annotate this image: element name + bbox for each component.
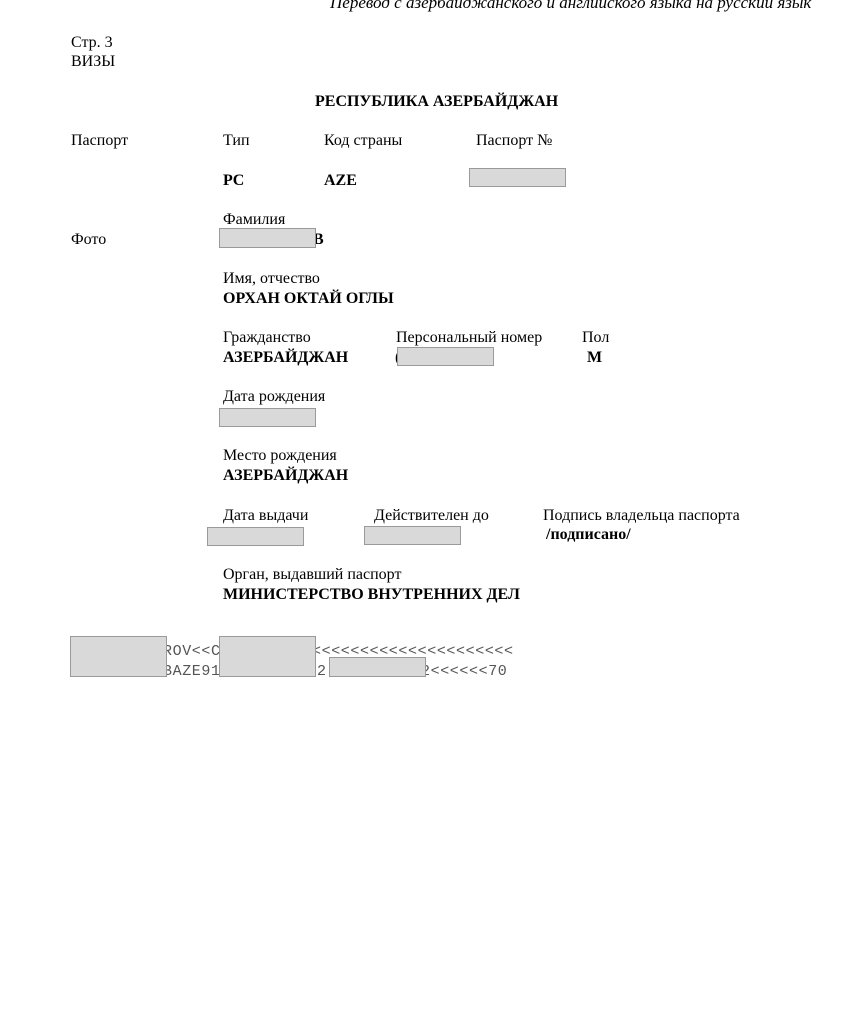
mrz-redaction-right	[329, 657, 426, 677]
issuing-authority-label: Орган, выдавший паспорт	[223, 566, 401, 584]
mrz-line2-part-c: 2<<<<<<70	[421, 663, 507, 681]
document-title: РЕСПУБЛИКА АЗЕРБАЙДЖАН	[315, 93, 558, 111]
page-label: Стр. 3	[71, 34, 113, 52]
sex-value: М	[587, 349, 602, 367]
citizenship-value: АЗЕРБАЙДЖАН	[223, 349, 348, 367]
sex-label: Пол	[582, 329, 609, 347]
personal-number-label: Персональный номер	[396, 329, 542, 347]
birth-date-label: Дата рождения	[223, 388, 325, 406]
surname-label: Фамилия	[223, 211, 285, 229]
type-value: PC	[223, 172, 244, 190]
given-names-value: ОРХАН ОКТАЙ ОГЛЫ	[223, 290, 394, 308]
surname-redaction	[219, 228, 316, 248]
country-code-label: Код страны	[324, 132, 402, 150]
holder-signature-value: /подписано/	[546, 526, 631, 544]
passport-number-redaction	[469, 168, 566, 187]
birth-place-label: Место рождения	[223, 447, 337, 465]
issue-date-redaction	[207, 527, 304, 546]
mrz-redaction-left	[70, 636, 167, 677]
translation-note: Перевод с азербайджанского и английского…	[330, 0, 811, 12]
photo-label: Фото	[71, 231, 106, 249]
mrz-line2-part-a: BAZE91	[163, 663, 221, 681]
valid-until-redaction	[364, 526, 461, 545]
birth-place-value: АЗЕРБАЙДЖАН	[223, 467, 348, 485]
birth-date-redaction	[219, 408, 316, 427]
citizenship-label: Гражданство	[223, 329, 311, 347]
country-code-value: AZE	[324, 172, 357, 190]
mrz-redaction-middle	[219, 636, 316, 677]
mrz-line2-part-b: 2	[317, 663, 327, 681]
passport-number-label: Паспорт №	[476, 132, 552, 150]
issuing-authority-value: МИНИСТЕРСТВО ВНУТРЕННИХ ДЕЛ	[223, 586, 520, 604]
type-label: Тип	[223, 132, 250, 150]
given-names-label: Имя, отчество	[223, 270, 320, 288]
mrz-line1-part-a: ROV<<C	[163, 643, 221, 661]
passport-label: Паспорт	[71, 132, 128, 150]
valid-until-label: Действителен до	[374, 507, 489, 525]
holder-signature-label: Подпись владельца паспорта	[543, 507, 740, 525]
issue-date-label: Дата выдачи	[223, 507, 308, 525]
personal-number-redaction	[397, 347, 494, 366]
section-title: ВИЗЫ	[71, 53, 115, 71]
